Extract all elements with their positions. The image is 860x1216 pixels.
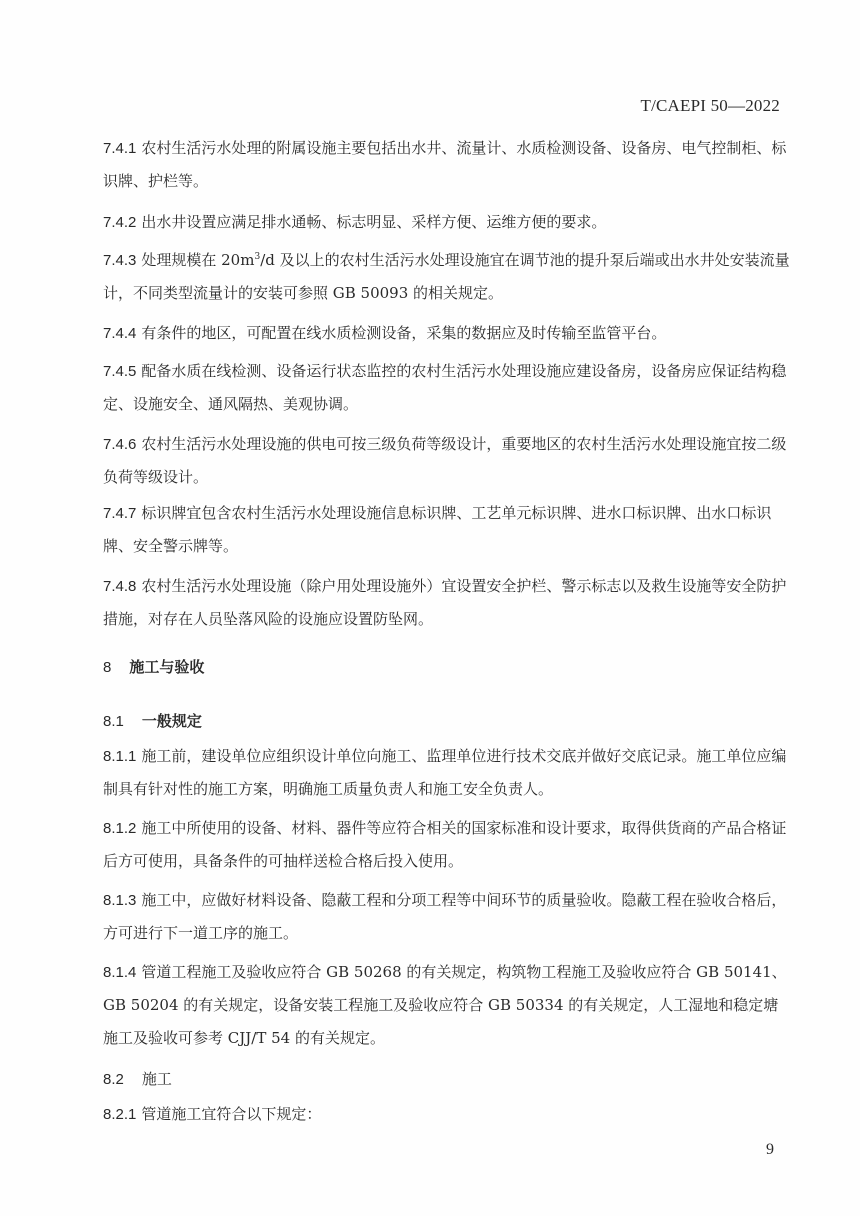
section-heading-8-2: 8.2施工 [103, 1068, 172, 1089]
clause-7-4-5: 7.4.5配备水质在线检测、设备运行状态监控的农村生活污水处理设施应建设备房，设… [103, 355, 793, 421]
chapter-number: 8 [103, 659, 111, 676]
clause-number: 8.1.3 [103, 892, 136, 909]
clause-8-1-1: 8.1.1施工前，建设单位应组织设计单位向施工、监理单位进行技术交底并做好交底记… [103, 740, 793, 806]
clause-7-4-6: 7.4.6农村生活污水处理设施的供电可按三级负荷等级设计，重要地区的农村生活污水… [103, 428, 793, 494]
clause-number: 7.4.8 [103, 578, 136, 595]
clause-number: 7.4.7 [103, 505, 136, 522]
clause-text: 配备水质在线检测、设备运行状态监控的农村生活污水处理设施应建设备房，设备房应保证… [103, 362, 786, 413]
clause-text: 施工中所使用的设备、材料、器件等应符合相关的国家标准和设计要求，取得供货商的产品… [103, 819, 786, 870]
clause-text: 农村生活污水处理的附属设施主要包括出水井、流量计、水质检测设备、设备房、电气控制… [103, 139, 786, 190]
clause-7-4-7: 7.4.7标识牌宜包含农村生活污水处理设施信息标识牌、工艺单元标识牌、进水口标识… [103, 497, 793, 563]
document-page: T/CAEPI 50—2022 7.4.1农村生活污水处理的附属设施主要包括出水… [0, 0, 860, 1216]
clause-7-4-2: 7.4.2出水井设置应满足排水通畅、标志明显、采样方便、运维方便的要求。 [103, 206, 793, 239]
section-title: 一般规定 [142, 712, 202, 730]
section-number: 8.2 [103, 1071, 124, 1088]
clause-number: 8.1.1 [103, 748, 136, 765]
clause-8-1-4: 8.1.4管道工程施工及验收应符合 GB 50268 的有关规定，构筑物工程施工… [103, 956, 793, 1055]
clause-number: 7.4.2 [103, 214, 136, 231]
clause-number: 7.4.3 [103, 252, 136, 269]
clause-7-4-1: 7.4.1农村生活污水处理的附属设施主要包括出水井、流量计、水质检测设备、设备房… [103, 132, 793, 198]
clause-number: 7.4.1 [103, 140, 136, 157]
chapter-heading: 8施工与验收 [103, 656, 204, 677]
clause-text: 标识牌宜包含农村生活污水处理设施信息标识牌、工艺单元标识牌、进水口标识牌、出水口… [103, 504, 771, 555]
standard-code: T/CAEPI 50—2022 [641, 96, 780, 116]
clause-text-a: 处理规模在 20m [141, 251, 254, 269]
clause-text: 管道工程施工及验收应符合 GB 50268 的有关规定，构筑物工程施工及验收应符… [103, 963, 787, 1047]
clause-7-4-3: 7.4.3处理规模在 20m3/d 及以上的农村生活污水处理设施宜在调节池的提升… [103, 244, 793, 310]
clause-7-4-4: 7.4.4有条件的地区，可配置在线水质检测设备，采集的数据应及时传输至监管平台。 [103, 317, 793, 350]
clause-7-4-8: 7.4.8农村生活污水处理设施（除户用处理设施外）宜设置安全护栏、警示标志以及救… [103, 570, 793, 636]
clause-text: 出水井设置应满足排水通畅、标志明显、采样方便、运维方便的要求。 [141, 213, 606, 231]
clause-text: 农村生活污水处理设施的供电可按三级负荷等级设计，重要地区的农村生活污水处理设施宜… [103, 435, 786, 486]
clause-number: 7.4.6 [103, 436, 136, 453]
clause-number: 7.4.4 [103, 325, 136, 342]
clause-number: 7.4.5 [103, 363, 136, 380]
section-heading-8-1: 8.1一般规定 [103, 710, 202, 731]
clause-text: 农村生活污水处理设施（除户用处理设施外）宜设置安全护栏、警示标志以及救生设施等安… [103, 577, 786, 628]
section-number: 8.1 [103, 713, 124, 730]
clause-text: 有条件的地区，可配置在线水质检测设备，采集的数据应及时传输至监管平台。 [141, 324, 666, 342]
section-title: 施工 [142, 1070, 172, 1088]
clause-text: 管道施工宜符合以下规定： [141, 1105, 321, 1123]
clause-8-2-1: 8.2.1管道施工宜符合以下规定： [103, 1098, 793, 1131]
page-number: 9 [766, 1141, 774, 1159]
clause-8-1-3: 8.1.3施工中，应做好材料设备、隐蔽工程和分项工程等中间环节的质量验收。隐蔽工… [103, 884, 793, 950]
chapter-title: 施工与验收 [129, 658, 204, 676]
clause-number: 8.1.4 [103, 964, 136, 981]
clause-number: 8.1.2 [103, 820, 136, 837]
clause-text: 施工前，建设单位应组织设计单位向施工、监理单位进行技术交底并做好交底记录。施工单… [103, 747, 786, 798]
clause-number: 8.2.1 [103, 1106, 136, 1123]
clause-text: 施工中，应做好材料设备、隐蔽工程和分项工程等中间环节的质量验收。隐蔽工程在验收合… [103, 891, 786, 942]
clause-8-1-2: 8.1.2施工中所使用的设备、材料、器件等应符合相关的国家标准和设计要求，取得供… [103, 812, 793, 878]
